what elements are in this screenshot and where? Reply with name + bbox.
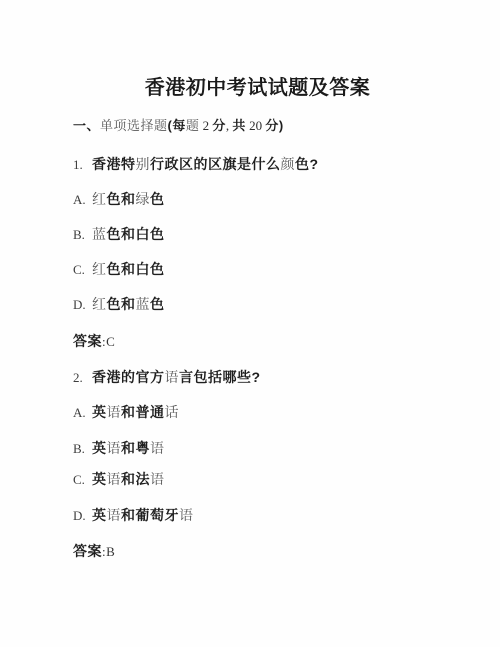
option-row-1a: A.红色和绿色 <box>73 191 165 208</box>
exam-document-page: 香港初中考试试题及答案 一、单项选择题(每题 2 分, 共 20 分) 1.香港… <box>0 0 500 647</box>
option-row-2d: D.英语和葡萄牙语 <box>73 507 194 524</box>
option-text: 红色和白色 <box>92 261 165 277</box>
section-heading-text: 一、单项选择题(每题 2 分, 共 20 分) <box>73 118 284 133</box>
option-text: 英语和普通话 <box>92 404 179 420</box>
document-title: 香港初中考试试题及答案 <box>15 76 500 100</box>
option-row-1d: D.红色和蓝色 <box>73 296 165 313</box>
option-label: D. <box>73 507 92 524</box>
option-row-2a: A.英语和普通话 <box>73 404 179 421</box>
question-text: 香港特别行政区的区旗是什么颜色? <box>92 156 319 172</box>
answer-value: :B <box>102 544 115 559</box>
option-label: A. <box>73 191 92 208</box>
section-heading: 一、单项选择题(每题 2 分, 共 20 分) <box>73 117 284 134</box>
question-text: 香港的官方语言包括哪些? <box>92 369 261 385</box>
option-row-1b: B.蓝色和白色 <box>73 226 165 243</box>
option-text: 英语和法语 <box>92 471 165 487</box>
question-number: 2. <box>73 369 92 386</box>
option-label: B. <box>73 226 92 243</box>
question-row-1: 1.香港特别行政区的区旗是什么颜色? <box>73 156 319 173</box>
option-label: D. <box>73 296 92 313</box>
answer-label: 答案 <box>73 543 102 559</box>
option-text: 英语和葡萄牙语 <box>92 507 194 523</box>
option-label: C. <box>73 471 92 488</box>
option-label: C. <box>73 261 92 278</box>
option-row-2b: B.英语和粤语 <box>73 440 165 457</box>
option-label: B. <box>73 440 92 457</box>
answer-label: 答案 <box>73 333 102 349</box>
answer-value: :C <box>102 334 115 349</box>
option-row-1c: C.红色和白色 <box>73 261 165 278</box>
option-text: 红色和绿色 <box>92 191 165 207</box>
question-number: 1. <box>73 156 92 173</box>
option-text: 红色和蓝色 <box>92 296 165 312</box>
option-row-2c: C.英语和法语 <box>73 471 165 488</box>
option-text: 英语和粤语 <box>92 440 165 456</box>
answer-row-1: 答案:C <box>73 333 115 350</box>
option-text: 蓝色和白色 <box>92 226 165 242</box>
answer-row-2: 答案:B <box>73 543 115 560</box>
option-label: A. <box>73 404 92 421</box>
question-row-2: 2.香港的官方语言包括哪些? <box>73 369 261 386</box>
